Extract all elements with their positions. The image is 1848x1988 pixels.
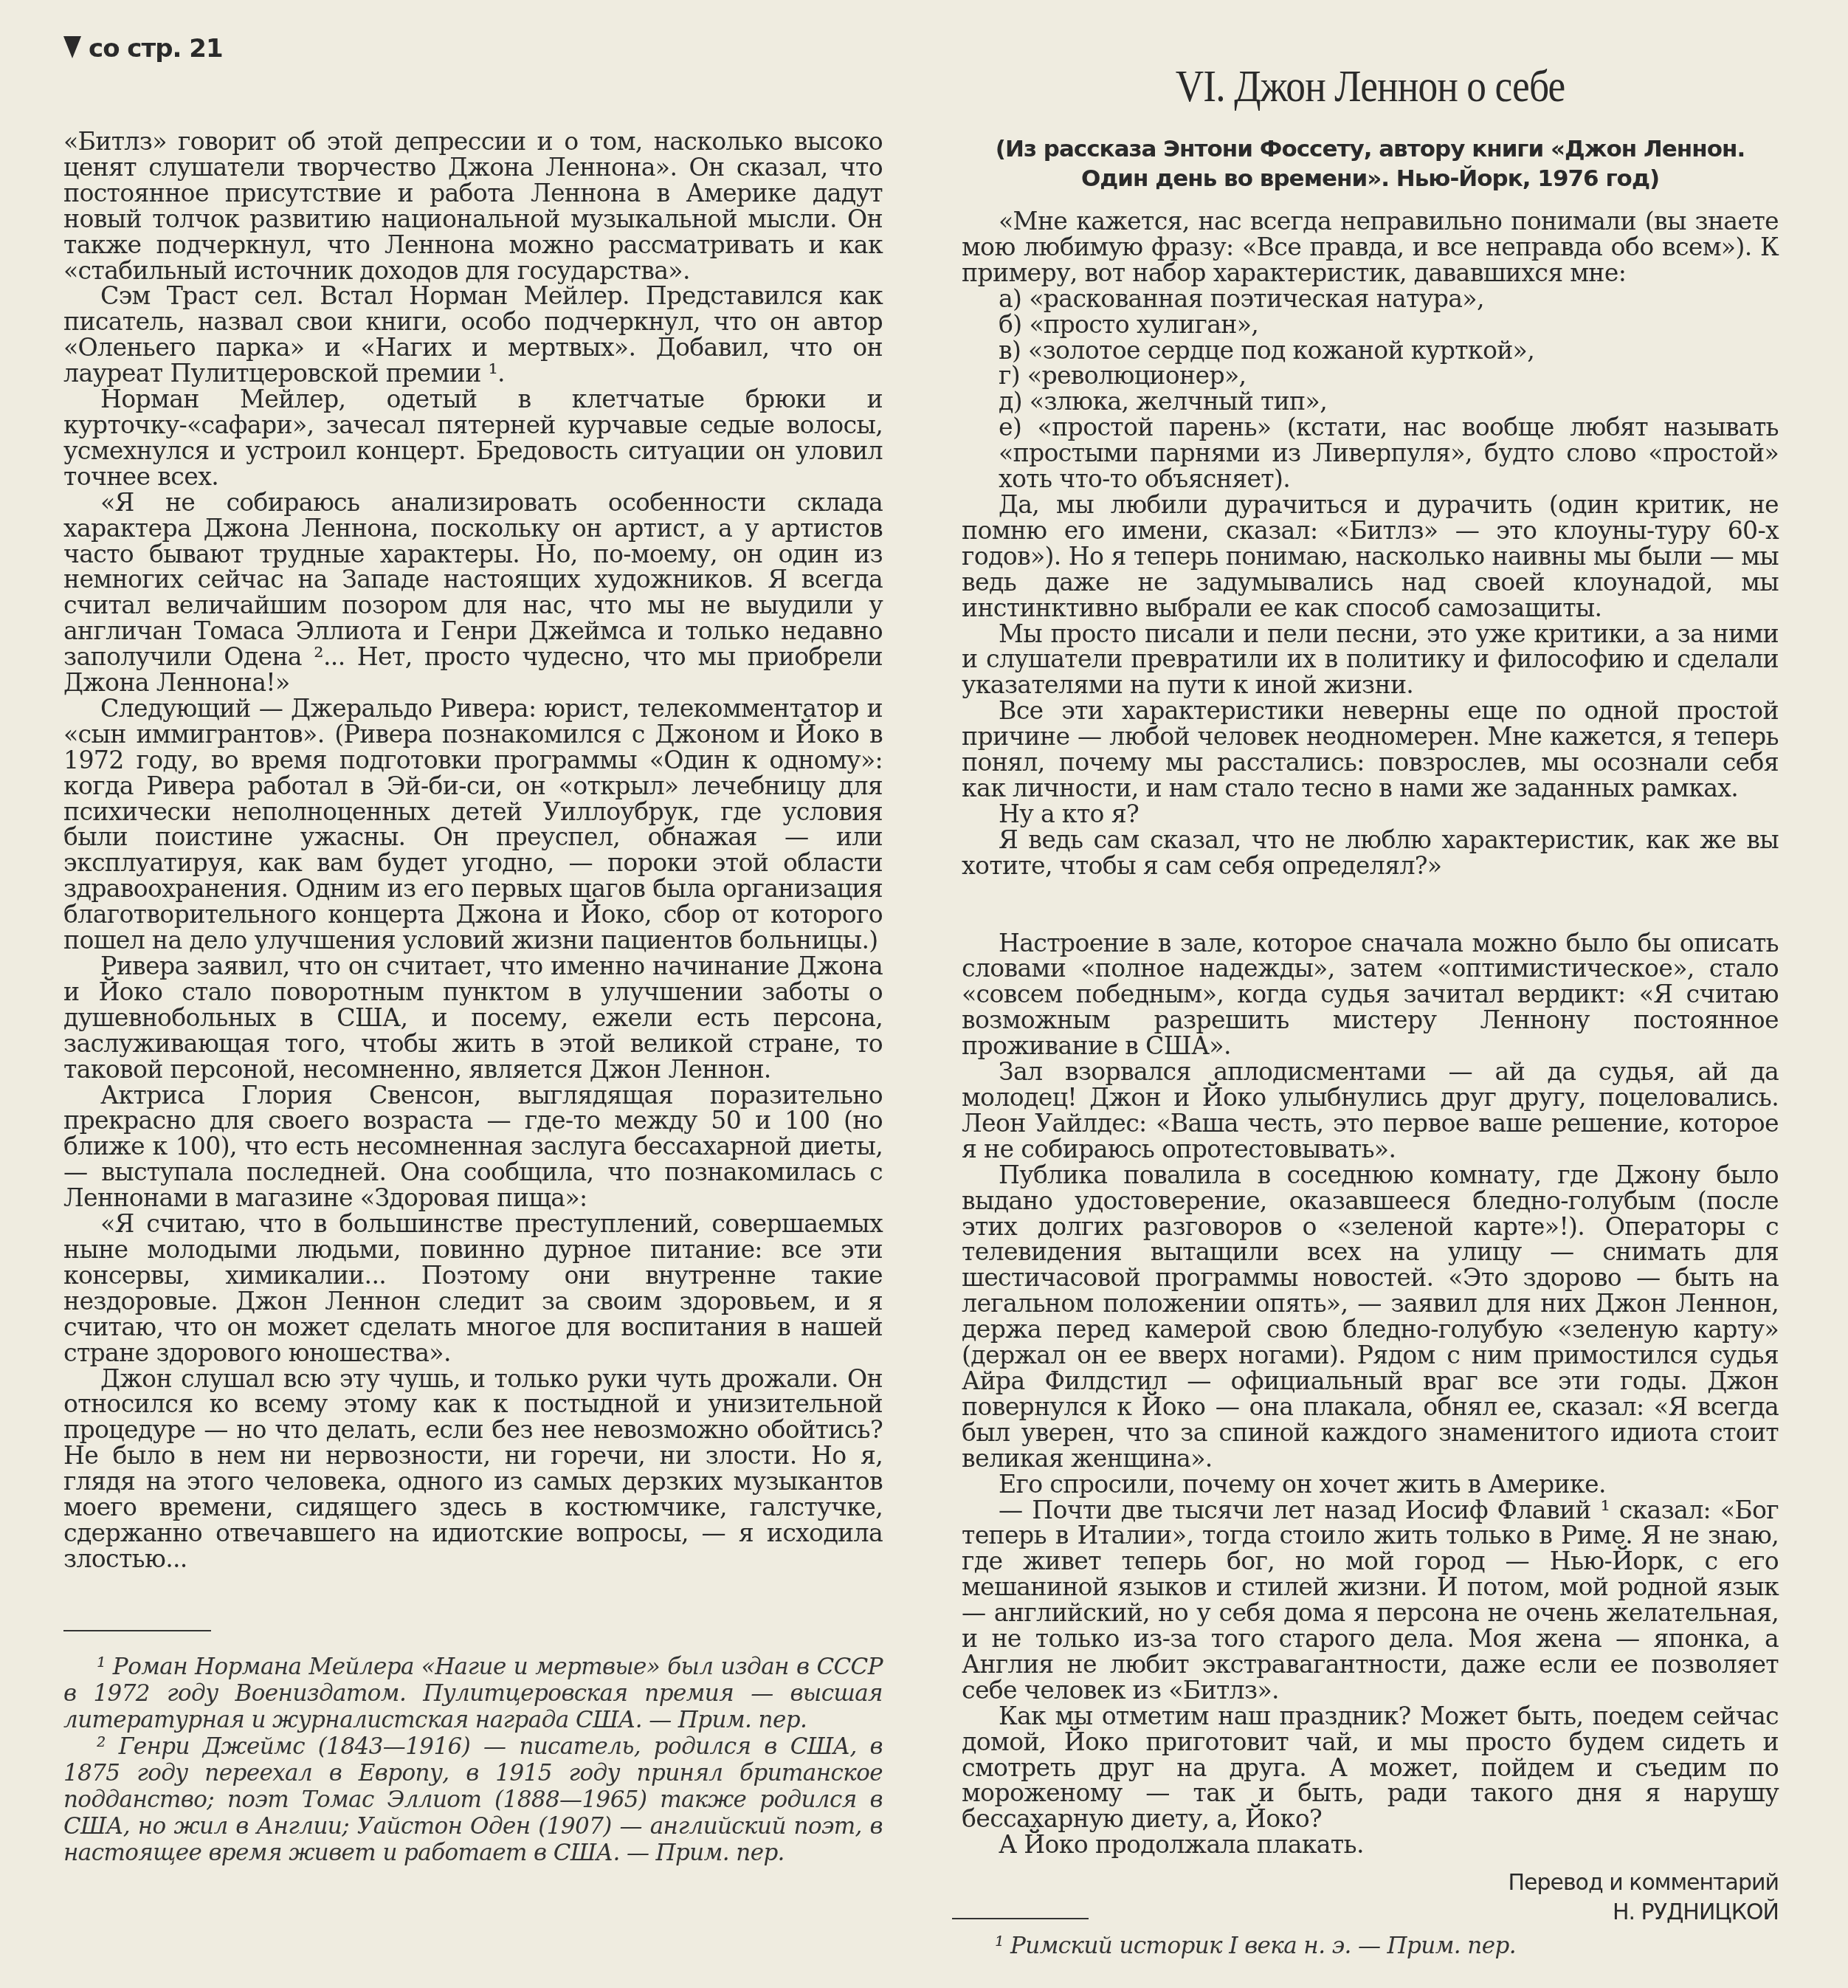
subtitle-line: Один день во времени». Нью-Йорк, 1976 го… <box>962 164 1779 193</box>
list-item: а) «раскованная поэтическая натура», <box>999 286 1779 312</box>
left-footnotes: ¹ Роман Нормана Мейлера «Нагие и мертвые… <box>63 1654 883 1866</box>
paragraph: Его спросили, почему он хочет жить в Аме… <box>962 1472 1779 1498</box>
footnote-1: ¹ Римский историк I века н. э. — Прим. п… <box>962 1933 1779 1959</box>
paragraph: Да, мы любили дурачиться и дурачить (оди… <box>962 492 1779 622</box>
list-item: е) «простой парень» (кстати, нас вообще … <box>999 415 1779 492</box>
paragraph: Настроение в зале, которое сначала можно… <box>962 931 1779 1060</box>
paragraph: Следующий — Джеральдо Ривера: юрист, тел… <box>63 696 883 954</box>
paragraph: Джон слушал всю эту чушь, и только руки … <box>63 1366 883 1572</box>
paragraph: Сэм Траст сел. Встал Норман Мейлер. Пред… <box>63 283 883 387</box>
subtitle-line: (Из рассказа Энтони Фоссету, автору книг… <box>962 134 1779 164</box>
paragraph: А Йоко продолжала плакать. <box>962 1832 1779 1858</box>
paragraph: Мы просто писали и пели песни, это уже к… <box>962 622 1779 699</box>
magazine-page: со стр. 21 «Битлз» говорит об этой депре… <box>0 0 1848 1988</box>
list-item: г) «революционер», <box>999 363 1779 389</box>
list-item: д) «злюка, желчный тип», <box>999 389 1779 415</box>
article-title: VI. Джон Леннон о себе <box>1018 61 1721 113</box>
paragraph: Все эти характеристики неверны еще по од… <box>962 698 1779 802</box>
list-item: б) «просто хулиган», <box>999 312 1779 338</box>
paragraph: «Я не собираюсь анализировать особенност… <box>63 490 883 696</box>
left-column: «Битлз» говорит об этой депрессии и о то… <box>63 129 883 1572</box>
page-continuation-ref: со стр. 21 <box>63 34 223 63</box>
article-subtitle: (Из рассказа Энтони Фоссету, автору книг… <box>962 134 1779 193</box>
footnote-2: ² Генри Джеймс (1843—1916) — писатель, р… <box>63 1733 883 1866</box>
credit-label: Перевод и комментарий <box>962 1868 1779 1898</box>
paragraph: «Битлз» говорит об этой депрессии и о то… <box>63 129 883 283</box>
paragraph: Публика повалила в соседнюю комнату, где… <box>962 1163 1779 1472</box>
paragraph: Как мы отметим наш праздник? Может быть,… <box>962 1704 1779 1833</box>
paragraph: Ривера заявил, что он считает, что именн… <box>63 954 883 1083</box>
footnote-1: ¹ Роман Нормана Мейлера «Нагие и мертвые… <box>63 1654 883 1733</box>
paragraph: «Я считаю, что в большинстве преступлени… <box>63 1211 883 1366</box>
list-item: в) «золотое сердце под кожаной курткой», <box>999 338 1779 364</box>
paragraph: Норман Мейлер, одетый в клетчатые брюки … <box>63 387 883 490</box>
right-footnotes: ¹ Римский историк I века н. э. — Прим. п… <box>962 1933 1779 1959</box>
paragraph: Я ведь сам сказал, что не люблю характер… <box>962 828 1779 879</box>
paragraph: «Мне кажется, нас всегда неправильно пон… <box>962 209 1779 286</box>
continuation-label: со стр. 21 <box>89 34 223 63</box>
paragraph: Актриса Глория Свенсон, выглядящая пораз… <box>63 1083 883 1212</box>
section-gap <box>962 879 1779 931</box>
paragraph: Ну а кто я? <box>962 802 1779 828</box>
footnote-divider <box>63 1630 211 1631</box>
paragraph: Зал взорвался аплодисментами — ай да суд… <box>962 1059 1779 1163</box>
right-column: «Мне кажется, нас всегда неправильно пон… <box>962 209 1779 1927</box>
characteristics-list: а) «раскованная поэтическая натура», б) … <box>962 286 1779 492</box>
paragraph: — Почти две тысячи лет назад Иосиф Флави… <box>962 1498 1779 1704</box>
triangle-down-icon <box>63 36 81 58</box>
translator-name: Н. РУДНИЦКОЙ <box>962 1898 1779 1927</box>
footnote-divider <box>952 1918 1089 1919</box>
